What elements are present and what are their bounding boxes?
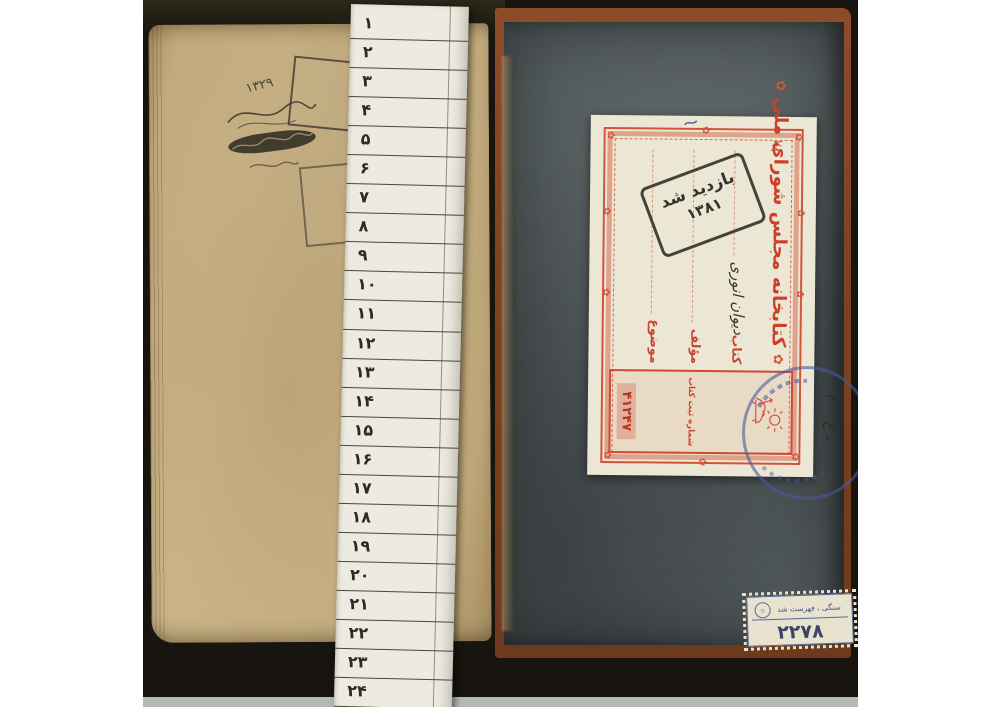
- round-library-stamp: ۴۰۰ ـ ع: [742, 366, 858, 500]
- measuring-strip: ۱ ۲ ۳ ۴ ۵ ۶: [334, 4, 469, 707]
- library-name: ✿ کتابخانه مجلس شورای ملی ✿: [767, 145, 790, 365]
- small-seal-icon: ۞: [754, 602, 771, 619]
- inscription-year: ۱۳۲۹: [244, 75, 275, 96]
- ruler-numeral: ۴: [361, 100, 371, 119]
- ruler-cell: ۱: [350, 10, 469, 42]
- ruler-numeral: ۱۸: [351, 507, 371, 526]
- rosette-ornament-icon: ✿: [600, 288, 610, 296]
- blue-stamp-handwriting: ۴۰۰ ـ ع: [822, 392, 840, 439]
- shelf-label-header: سنگی ، فهرست شد ۞: [751, 597, 848, 620]
- ruler-numeral: ۱۰: [357, 275, 377, 294]
- ruler-cell: ۸: [345, 213, 464, 245]
- ruler-numeral: ۲۲: [348, 623, 368, 642]
- ruler-numeral: ۸: [358, 217, 368, 236]
- rosette-ornament-icon: ✿: [794, 290, 804, 298]
- registration-caption: شماره ثبت کتاب: [686, 377, 697, 446]
- ruler-numeral: ۲۰: [350, 565, 370, 584]
- rosette-ornament-icon: ✿: [700, 126, 710, 134]
- ruler-numeral: ۲۳: [348, 652, 368, 671]
- shelf-number: ۲۲۷۸: [747, 619, 854, 645]
- rosette-ornament-icon: ✿: [795, 209, 805, 217]
- ruler-numeral: ۱۳: [355, 362, 375, 381]
- rosette-ornament-icon: ✿: [770, 354, 785, 365]
- ruler-numeral: ۱۵: [353, 420, 373, 439]
- ruler-cell: ۱۴: [341, 387, 460, 419]
- spine-wear-mark: [502, 56, 515, 631]
- ruler-numeral: ۲۴: [347, 681, 367, 700]
- ruler-numeral: ۲۱: [349, 594, 369, 613]
- book-cover: ✿ ✿ ✿ ✿ ✿ ✿ ✿ ✿ ✿ ✿ ۷۸ ✿: [495, 8, 851, 658]
- signature-squiggle-icon: [248, 158, 300, 172]
- ruler-cell: ۱۱: [343, 300, 462, 332]
- ruler-numeral: ۱۴: [354, 391, 374, 410]
- registration-number: ۴۱۲۴۷: [616, 383, 636, 439]
- rosette-ornament-icon: ✿: [601, 207, 611, 215]
- ruler-cell: ۲۲: [335, 620, 454, 652]
- ruler-cell: ۲: [349, 39, 468, 71]
- ruler-numeral: ۱۲: [356, 333, 376, 352]
- ruler-cell: ۴: [348, 97, 467, 129]
- ruler-numeral: ۱۶: [353, 449, 373, 468]
- ruler-numeral: ۱۱: [356, 304, 376, 323]
- seal-script-icon: [227, 127, 317, 157]
- rosette-ornament-icon: ✿: [773, 80, 788, 91]
- ruler-cell: ۲۱: [336, 591, 455, 623]
- scanner-bed-strip: [143, 697, 858, 707]
- ruler-cell: ۷: [346, 184, 465, 216]
- ruler-cell: ۱۸: [338, 504, 457, 536]
- ruler-cell: ۱۷: [339, 475, 458, 507]
- rosette-ornament-icon: ✿: [696, 458, 706, 466]
- field-label: موضوع: [644, 319, 662, 363]
- cover-cloth: ✿ ✿ ✿ ✿ ✿ ✿ ✿ ✿ ✿ ✿ ۷۸ ✿: [504, 22, 844, 645]
- stamp-ring-script-icon: [745, 369, 858, 491]
- ruler-cell: ۱۰: [344, 271, 463, 303]
- ruler-cell: ۲۳: [335, 649, 454, 681]
- ruler-cell: ۱۳: [342, 358, 461, 390]
- ruler-numeral: ۱۹: [351, 536, 371, 555]
- ruler-cell: ۱۲: [342, 329, 461, 361]
- ruler-cell: ۲۰: [337, 562, 456, 594]
- field-label: کتاب: [726, 335, 744, 365]
- ruler-numeral: ۱۷: [352, 478, 372, 497]
- ruler-numeral: ۵: [360, 129, 370, 148]
- field-label: مؤلف: [685, 329, 703, 364]
- ink-seal: [227, 127, 317, 157]
- ruler-numeral: ۹: [358, 246, 368, 265]
- rosette-ornament-icon: ✿: [605, 131, 615, 139]
- photo-area: ۱۳۲۹ شد ۳۶ ١٤ ـد: [143, 0, 858, 707]
- library-name-text: کتابخانه مجلس شورای ملی: [767, 97, 791, 347]
- ruler-cell: ۱۵: [340, 417, 459, 449]
- ruler-cell: ۵: [347, 126, 466, 158]
- shelf-number-label: سنگی ، فهرست شد ۞ ۲۲۷۸: [746, 593, 854, 647]
- field-value: دیوان انوری: [726, 261, 748, 335]
- rosette-ornament-icon: ✿: [793, 133, 803, 141]
- ruler-cell: ۹: [344, 242, 463, 274]
- scan-canvas: ۱۳۲۹ شد ۳۶ ١٤ ـد: [0, 0, 1000, 707]
- blue-ink-mark-icon: [683, 118, 699, 128]
- catalog-note: سنگی ، فهرست شد: [770, 602, 847, 614]
- ruler-cell: ۲۴: [334, 678, 453, 707]
- ruler-numeral: ۷: [359, 188, 369, 207]
- ruler-cell: ۳: [349, 68, 468, 100]
- ruler-cell: ۱۹: [337, 533, 456, 565]
- ruler-numeral: ۲: [363, 42, 373, 61]
- ruler-cell: ۱۶: [339, 446, 458, 478]
- ruler-numeral: ۱: [363, 13, 373, 32]
- ruler-cell: ۶: [347, 155, 466, 187]
- ruler-numeral: ۶: [360, 159, 370, 178]
- ruler-numeral: ۳: [362, 71, 372, 90]
